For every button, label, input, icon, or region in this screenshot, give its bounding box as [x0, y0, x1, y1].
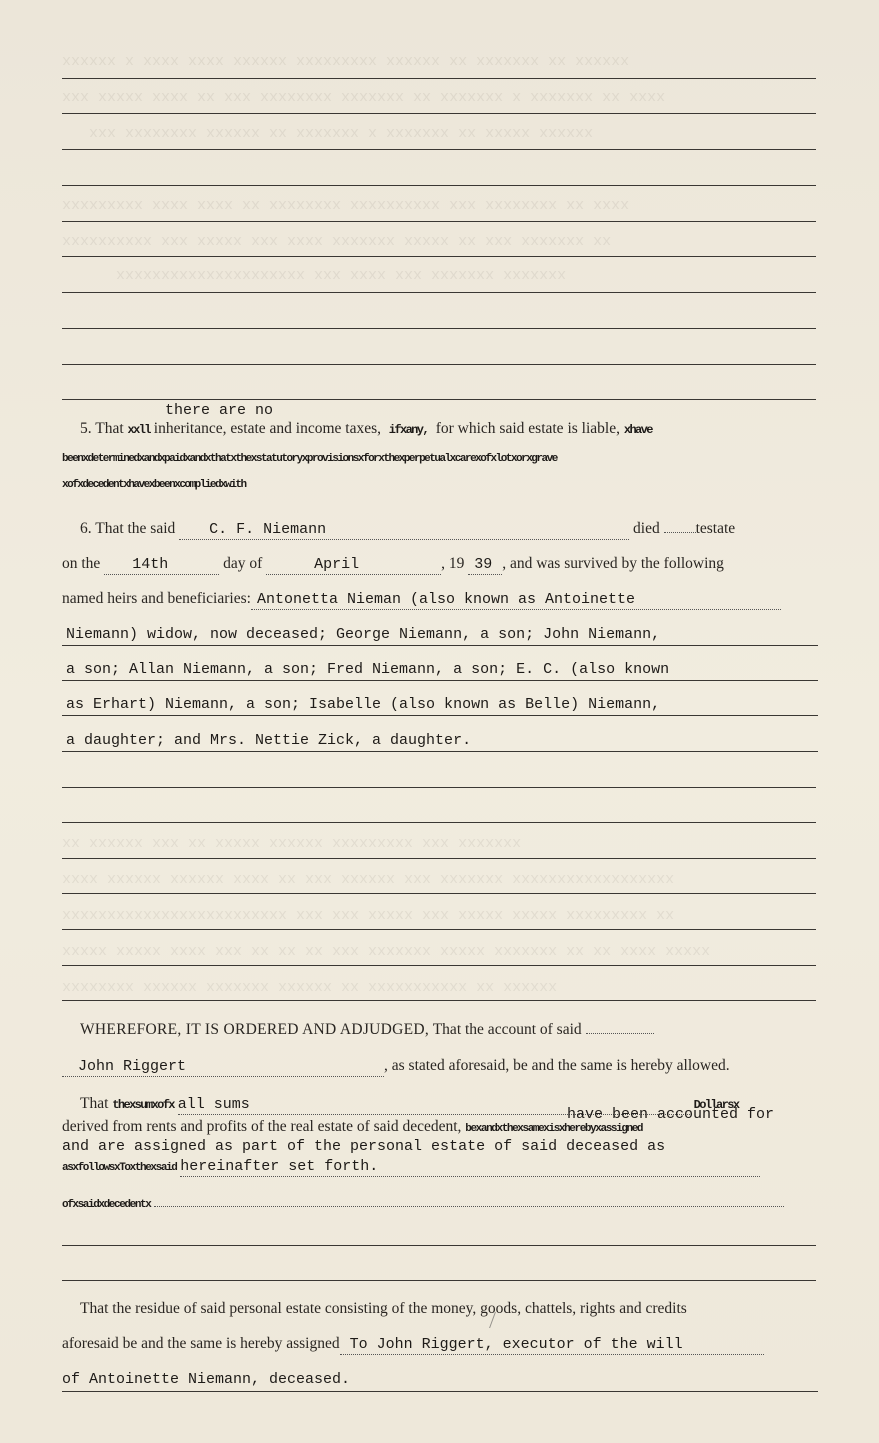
bleed-through-text: xxxxx xxxxx xxxx xxx xx xx xx xxx xxxxxx…: [62, 942, 816, 959]
struck-text: ifxany,: [389, 423, 428, 437]
wherefore-heading: WHEREFORE, IT IS ORDERED AND ADJUDGED,: [80, 1021, 429, 1038]
ruled-line: [62, 858, 816, 859]
document-page: xxxxxx x xxxx xxxx xxxxxx xxxxxxxxx xxxx…: [0, 0, 879, 1443]
ruled-line: [62, 893, 816, 894]
month-field: April: [266, 556, 441, 575]
struck-text: bexandxthexsamexisxherebyxassigned: [465, 1123, 642, 1135]
paragraph-text: That: [80, 1095, 108, 1112]
heirs-field: Antonetta Nieman (also known as Antoinet…: [251, 591, 781, 610]
ruled-line: [62, 221, 816, 222]
paragraph-text: aforesaid be and the same is hereby assi…: [62, 1335, 340, 1352]
paragraph-text: for which said estate is liable,: [436, 420, 620, 437]
paragraph-text: , 19: [441, 555, 464, 572]
ruled-line: [62, 364, 816, 365]
heirs-line: a son; Allan Niemann, a son; Fred Nieman…: [62, 659, 818, 681]
bleed-through-text: xxxxxxxxxxxxxxxxxxxxxxxxx xxx xxx xxxxx …: [62, 906, 816, 923]
paragraph-text: died: [633, 520, 660, 537]
paragraph-number: 5. That: [80, 420, 124, 437]
bleed-through-text: xxxx xxxxxx xxxxxx xxxx xx xxx xxxxxx xx…: [62, 870, 816, 887]
struck-text: asxfollowsxToxthexsaid: [62, 1162, 176, 1174]
struck-text: xxll: [128, 423, 150, 437]
paragraph-text: testate: [696, 520, 736, 537]
blank-field: [664, 532, 696, 533]
ruled-line: [62, 1280, 816, 1281]
wherefore-line-2: John Riggert, as stated aforesaid, be an…: [62, 1055, 818, 1077]
ruled-line: [62, 787, 816, 788]
struck-text: xofxdecedentxhavexbeenxcompliedxwith: [62, 479, 246, 491]
ruled-line: [62, 78, 816, 79]
struck-text: ofxsaidxdecedentx: [62, 1199, 150, 1211]
day-field: 14th: [104, 556, 219, 575]
ruled-line: [62, 1000, 816, 1001]
bleed-through-text: xxxxxx x xxxx xxxx xxxxxx xxxxxxxxx xxxx…: [62, 52, 816, 69]
struck-text: thexsumxofx: [112, 1098, 174, 1112]
struck-text: xhave: [624, 423, 652, 437]
residue-line-1: That the residue of said personal estate…: [80, 1298, 820, 1320]
bleed-through-text: xxxxxxxx xxxxxx xxxxxxx xxxxxx xx xxxxxx…: [62, 978, 816, 995]
accountant-field: John Riggert: [62, 1058, 384, 1077]
paragraph-text: inheritance, estate and income taxes,: [154, 420, 381, 437]
heirs-line: a daughter; and Mrs. Nettie Zick, a daug…: [62, 730, 818, 752]
sums-line-4: asxfollowsxToxthexsaid hereinafter set f…: [62, 1155, 818, 1177]
paragraph-5-line-2: beenxdeterminedxandxpaidxandxthatxthexst…: [62, 446, 818, 468]
ruled-line: [62, 149, 816, 150]
decedent-field: C. F. Niemann: [179, 521, 629, 540]
ruled-line: [62, 929, 816, 930]
bleed-through-text: xx xxxxxx xxx xx xxxxx xxxxxx xxxxxxxxx …: [62, 834, 816, 851]
bleed-through-text: xxxxxxxxx xxxx xxxx xx xxxxxxxx xxxxxxxx…: [62, 196, 816, 213]
blank-field: [586, 1033, 654, 1034]
paragraph-5-line-3: xofxdecedentxhavexbeenxcompliedxwith: [62, 472, 818, 494]
paragraph-text: , as stated aforesaid, be and the same i…: [384, 1057, 730, 1074]
heirs-line: Niemann) widow, now deceased; George Nie…: [62, 624, 818, 646]
bleed-through-text: xxx xxxxxxxx xxxxxx xx xxxxxxx x xxxxxxx…: [62, 124, 816, 141]
ruled-line: [62, 965, 816, 966]
ruled-line: [62, 185, 816, 186]
paragraph-text: , and was survived by the following: [502, 555, 724, 572]
paragraph-text: 6. That the said: [80, 520, 175, 537]
sums-line-2: derived from rents and profits of the re…: [62, 1116, 818, 1138]
sums-line-5: ofxsaidxdecedentx: [62, 1192, 818, 1214]
paragraph-5-line-1: 5. That xxll inheritance, estate and inc…: [80, 418, 820, 440]
paragraph-6-line-2: on the 14th day of April, 19 39, and was…: [62, 553, 818, 575]
residue-line-2: aforesaid be and the same is hereby assi…: [62, 1333, 818, 1355]
blank-field: [154, 1206, 784, 1207]
paragraph-text: derived from rents and profits of the re…: [62, 1118, 461, 1135]
bleed-through-text: xxxxxxxxxxxxxxxxxxxxx xxx xxxx xxx xxxxx…: [62, 266, 816, 283]
heirs-line: as Erhart) Niemann, a son; Isabelle (als…: [62, 694, 818, 716]
year-field: 39: [468, 556, 502, 575]
paragraph-text: day of: [223, 555, 262, 572]
paragraph-6-line-1: 6. That the said C. F. Niemann died test…: [80, 518, 820, 540]
ruled-line: [62, 822, 816, 823]
assignee-line: of Antoinette Niemann, deceased.: [62, 1369, 818, 1392]
paragraph-text: named heirs and beneficiaries:: [62, 590, 251, 607]
paragraph-6-line-3: named heirs and beneficiaries:Antonetta …: [62, 588, 818, 610]
ruled-line: [62, 292, 816, 293]
ruled-line: [62, 113, 816, 114]
bleed-through-text: xxxxxxxxxx xxx xxxxx xxx xxxx xxxxxxx xx…: [62, 232, 816, 249]
paragraph-text: That the account of said: [433, 1021, 582, 1038]
ruled-line: [62, 256, 816, 257]
bleed-through-text: xxx xxxxx xxxx xx xxx xxxxxxxx xxxxxxx x…: [62, 88, 816, 105]
struck-text: beenxdeterminedxandxpaidxandxthatxthexst…: [62, 453, 557, 465]
sums-continuation-field: hereinafter set forth.: [180, 1158, 760, 1177]
ruled-line: [62, 1245, 816, 1246]
assignee-field: To John Riggert, executor of the will: [340, 1336, 764, 1355]
ruled-line: [62, 399, 816, 400]
ruled-line: [62, 328, 816, 329]
paragraph-text: on the: [62, 555, 100, 572]
typed-insertion: there are no: [165, 402, 273, 419]
wherefore-line-1: WHEREFORE, IT IS ORDERED AND ADJUDGED, T…: [80, 1019, 818, 1041]
